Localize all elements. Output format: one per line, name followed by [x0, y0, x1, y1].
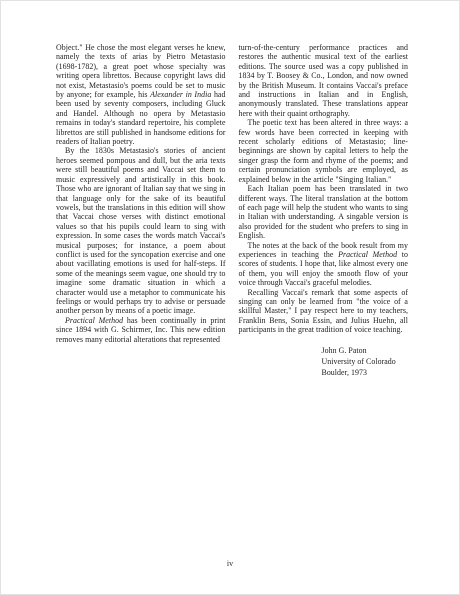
paragraph: The poetic text has been altered in thre… [239, 118, 409, 184]
paragraph: Object." He chose the most elegant verse… [56, 43, 226, 146]
italic-text: Practical Method [65, 316, 123, 325]
signature-affiliation: University of Colorado [322, 356, 409, 367]
page-number: iv [1, 559, 459, 568]
preface-text-block: Object." He chose the most elegant verse… [56, 43, 408, 378]
paragraph: Recalling Vaccai's remark that some aspe… [239, 288, 409, 335]
body-text: The poetic text has been altered in thre… [239, 118, 409, 183]
left-column: Object." He chose the most elegant verse… [56, 43, 226, 378]
right-column: turn-of-the-century performance practice… [239, 43, 409, 378]
book-page: Object." He chose the most elegant verse… [0, 0, 460, 595]
paragraph: The notes at the back of the book result… [239, 241, 409, 288]
paragraph: By the 1830s Metastasio's stories of anc… [56, 146, 226, 315]
paragraph: turn-of-the-century performance practice… [239, 43, 409, 118]
signature-place-year: Boulder, 1973 [322, 367, 409, 378]
italic-text: Practical Method [338, 250, 397, 259]
body-text: Recalling Vaccai's remark that some aspe… [239, 288, 409, 335]
right-column-paragraphs: turn-of-the-century performance practice… [239, 43, 409, 335]
paragraph: Each Italian poem has been translated in… [239, 184, 409, 240]
italic-text: Alexander in India [150, 90, 211, 99]
body-text: By the 1830s Metastasio's stories of anc… [56, 146, 226, 315]
paragraph: Practical Method has been continually in… [56, 316, 226, 344]
body-text: turn-of-the-century performance practice… [239, 43, 409, 118]
body-text: Each Italian poem has been translated in… [239, 184, 409, 240]
signature-block: John G. Paton University of Colorado Bou… [239, 345, 409, 379]
signature-name: John G. Paton [322, 345, 409, 356]
